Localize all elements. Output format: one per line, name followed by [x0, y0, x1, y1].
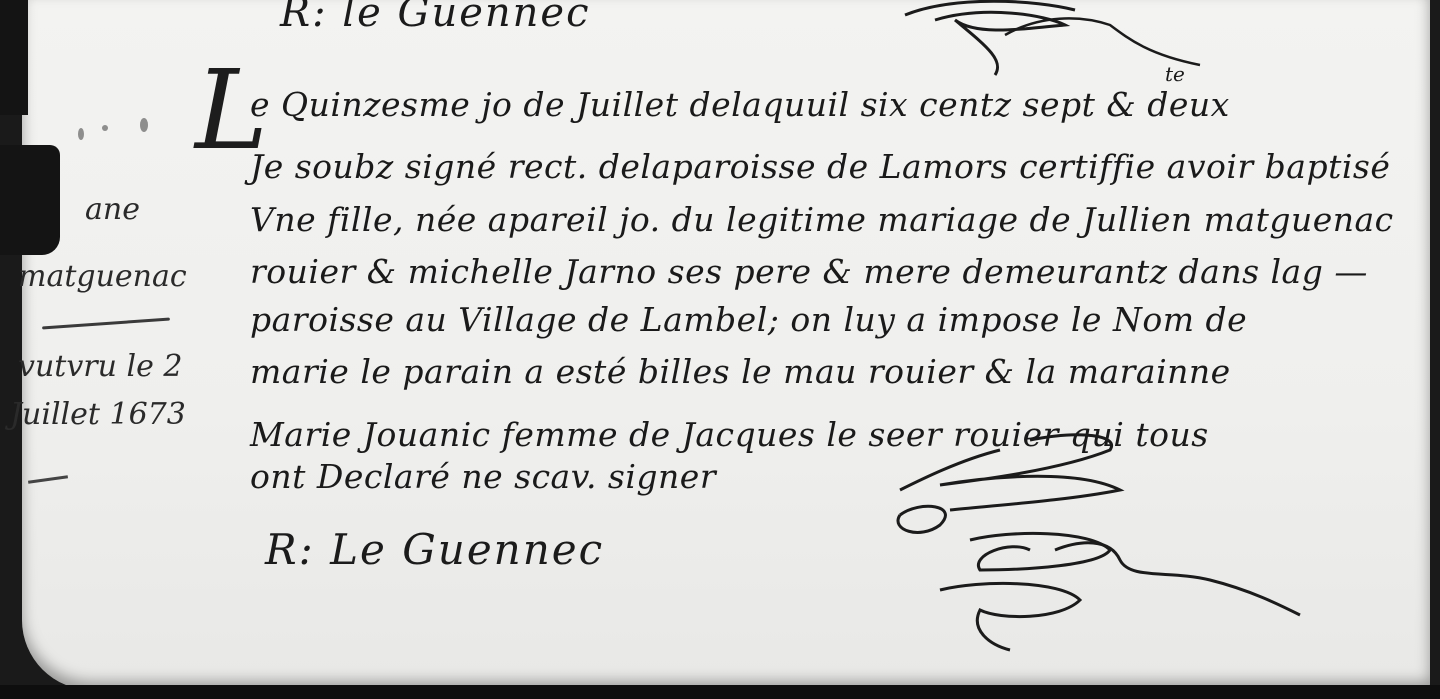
record-line-1: e Quinzesme jo de Juillet delaquuil six …: [250, 88, 1230, 121]
ink-smudge: [140, 118, 148, 132]
record-line-3: Vne fille, née apareil jo. du legitime m…: [250, 203, 1394, 236]
record-line-8: ont Declaré ne scav. signer: [250, 460, 716, 493]
record-line-5: paroisse au Village de Lambel; on luy a …: [250, 303, 1247, 336]
footer-signature: R: Le Guennec: [265, 525, 604, 574]
record-line-2: Je soubz signé rect. delaparoisse de Lam…: [250, 150, 1390, 183]
margin-note-line-4: Juillet 1673: [10, 400, 186, 430]
scan-edge-top-left: [0, 0, 28, 115]
signature-tail-icon: [1050, 520, 1330, 620]
scan-edge-bottom: [0, 685, 1440, 699]
record-line-6: marie le parain a esté billes le mau rou…: [250, 355, 1231, 388]
superscript-te: te: [1165, 62, 1185, 86]
header-signature: R: le Guennec: [280, 0, 590, 36]
margin-note-line-1: ane: [85, 195, 140, 225]
scan-edge-notch: [0, 145, 60, 255]
margin-note-line-3: vutvru le 2: [18, 352, 182, 382]
ink-smudge: [78, 128, 84, 140]
signature-curl-icon: [1000, 10, 1300, 90]
ink-smudge: [102, 125, 108, 131]
record-line-4: rouier & michelle Jarno ses pere & mere …: [250, 255, 1368, 288]
margin-note-line-2: matguenac: [18, 262, 187, 292]
